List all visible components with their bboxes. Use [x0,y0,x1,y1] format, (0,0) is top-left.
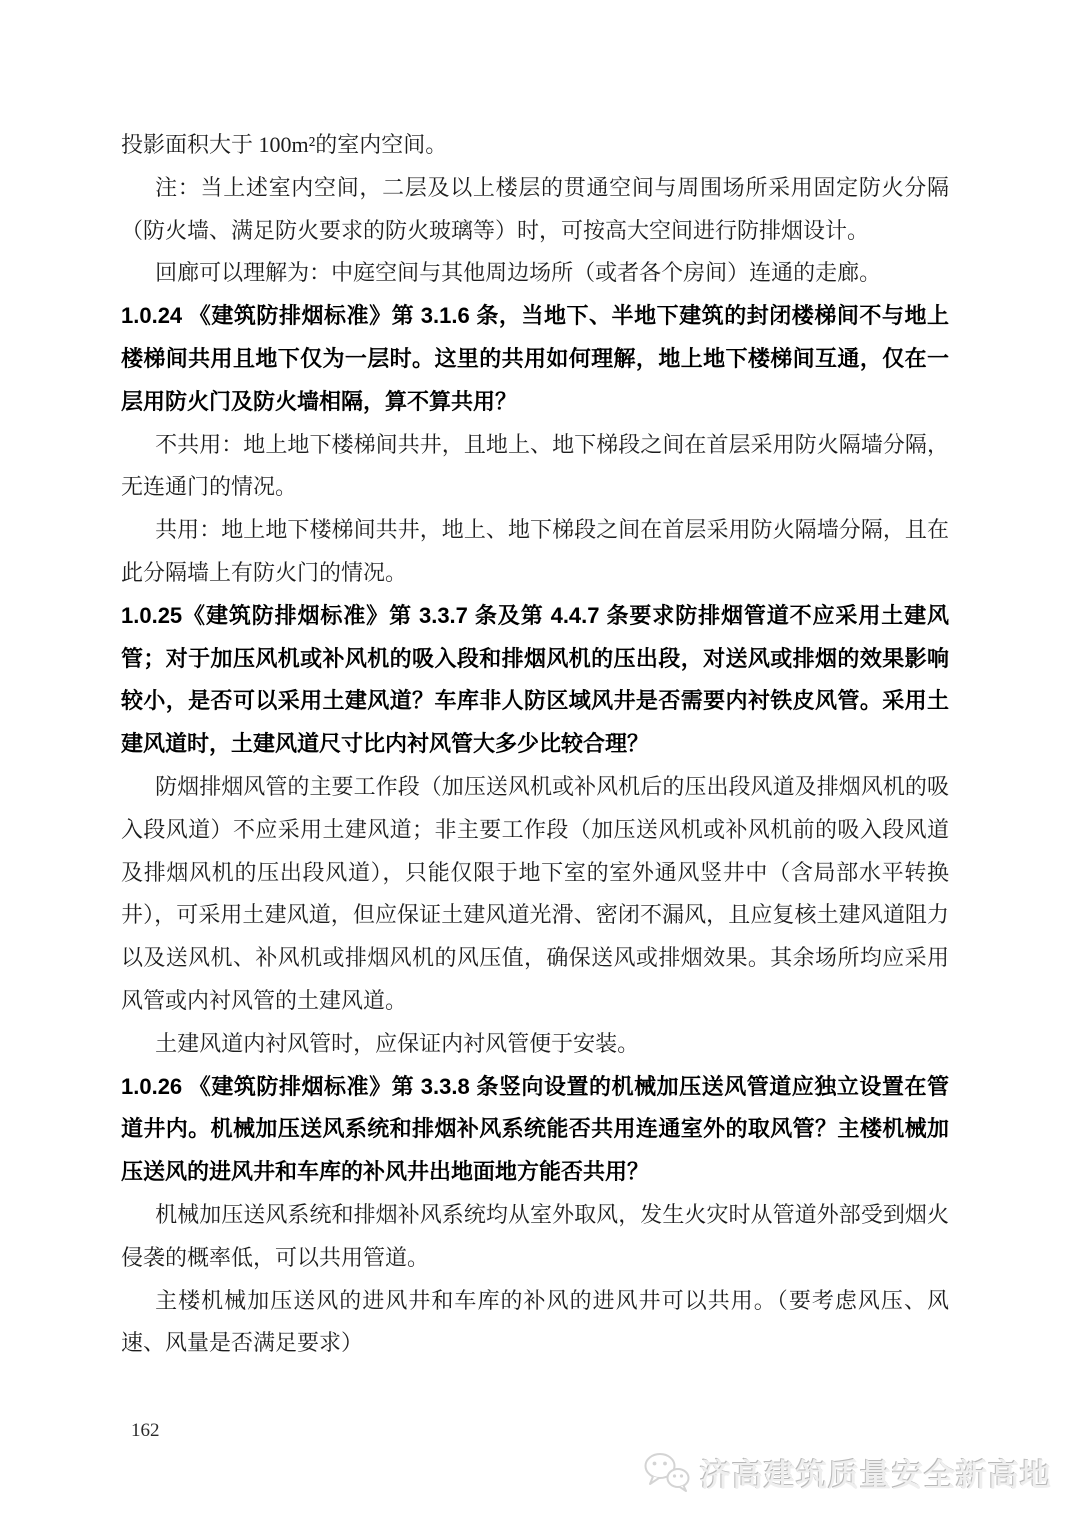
body-paragraph: 投影面积大于 100m²的室内空间。 [121,124,949,167]
body-paragraph: 回廊可以理解为：中庭空间与其他周边场所（或者各个房间）连通的走廊。 [121,252,949,295]
watermark-text: 济高建筑质量安全新高地 [700,1450,1052,1495]
body-paragraph: 机械加压送风系统和排烟补风系统均从室外取风，发生火灾时从管道外部受到烟火侵袭的概… [121,1194,949,1280]
document-page: 投影面积大于 100m²的室内空间。注：当上述室内空间，二层及以上楼层的贯通空间… [0,0,1080,1527]
wechat-icon [642,1451,692,1495]
body-paragraph: 共用：地上地下楼梯间共井，地上、地下梯段之间在首层采用防火隔墙分隔，且在此分隔墙… [121,509,949,595]
question-paragraph: 1.0.24 《建筑防排烟标准》第 3.1.6 条，当地下、半地下建筑的封闭楼梯… [121,295,949,423]
body-paragraph: 土建风道内衬风管时，应保证内衬风管便于安装。 [121,1023,949,1066]
watermark: 济高建筑质量安全新高地 [642,1450,1052,1495]
document-body: 投影面积大于 100m²的室内空间。注：当上述室内空间，二层及以上楼层的贯通空间… [121,124,949,1365]
question-paragraph: 1.0.25《建筑防排烟标准》第 3.3.7 条及第 4.4.7 条要求防排烟管… [121,595,949,766]
page-number: 162 [131,1420,160,1442]
body-paragraph: 不共用：地上地下楼梯间共井，且地上、地下梯段之间在首层采用防火隔墙分隔，无连通门… [121,424,949,510]
body-paragraph: 注：当上述室内空间，二层及以上楼层的贯通空间与周围场所采用固定防火分隔（防火墙、… [121,167,949,253]
body-paragraph: 防烟排烟风管的主要工作段（加压送风机或补风机后的压出段风道及排烟风机的吸入段风道… [121,766,949,1023]
body-paragraph: 主楼机械加压送风的进风井和车库的补风的进风井可以共用。（要考虑风压、风速、风量是… [121,1280,949,1366]
question-paragraph: 1.0.26 《建筑防排烟标准》第 3.3.8 条竖向设置的机械加压送风管道应独… [121,1066,949,1194]
